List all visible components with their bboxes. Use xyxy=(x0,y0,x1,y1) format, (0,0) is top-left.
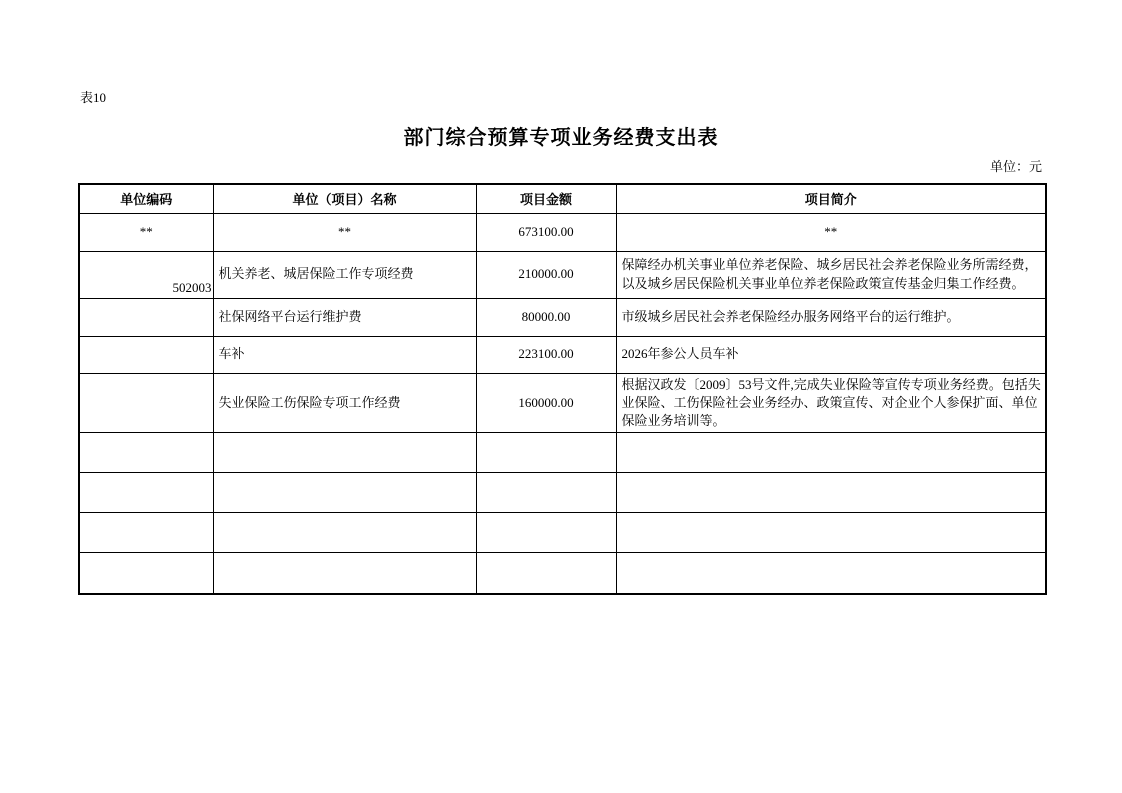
cell-unit-code: ** xyxy=(79,213,213,251)
cell-amount: 223100.00 xyxy=(476,336,616,373)
cell-project-name xyxy=(213,473,476,513)
cell-amount: 80000.00 xyxy=(476,298,616,336)
table-row: 车补 223100.00 2026年参公人员车补 xyxy=(79,336,1046,373)
cell-unit-code xyxy=(79,513,213,553)
table-row xyxy=(79,553,1046,594)
cell-project-name: 机关养老、城居保险工作专项经费 xyxy=(213,251,476,298)
cell-amount xyxy=(476,433,616,473)
cell-project-name xyxy=(213,433,476,473)
table-number-label: 表10 xyxy=(80,87,106,106)
header-row: 单位编码 单位（项目）名称 项目金额 项目简介 xyxy=(79,184,1046,213)
col-header-project-name: 单位（项目）名称 xyxy=(213,184,476,213)
table-row: 社保网络平台运行维护费 80000.00 市级城乡居民社会养老保险经办服务网络平… xyxy=(79,298,1046,336)
cell-unit-code xyxy=(79,336,213,373)
cell-amount: 673100.00 xyxy=(476,213,616,251)
cell-unit-code xyxy=(79,553,213,594)
table-row: 502003 机关养老、城居保险工作专项经费 210000.00 保障经办机关事… xyxy=(79,251,1046,298)
cell-project-name xyxy=(213,513,476,553)
cell-description xyxy=(616,433,1046,473)
cell-description: 市级城乡居民社会养老保险经办服务网络平台的运行维护。 xyxy=(616,298,1046,336)
col-header-description: 项目简介 xyxy=(616,184,1046,213)
cell-project-name: 失业保险工伤保险专项工作经费 xyxy=(213,373,476,433)
cell-project-name: 车补 xyxy=(213,336,476,373)
cell-unit-code xyxy=(79,473,213,513)
cell-amount xyxy=(476,513,616,553)
table-row xyxy=(79,473,1046,513)
table-row xyxy=(79,433,1046,473)
cell-description xyxy=(616,553,1046,594)
table-row: ** ** 673100.00 ** xyxy=(79,213,1046,251)
cell-description: 保障经办机关事业单位养老保险、城乡居民社会养老保险业务所需经费，以及城乡居民保险… xyxy=(616,251,1046,298)
cell-unit-code xyxy=(79,298,213,336)
cell-amount: 210000.00 xyxy=(476,251,616,298)
cell-unit-code xyxy=(79,433,213,473)
table-row: 失业保险工伤保险专项工作经费 160000.00 根据汉政发〔2009〕53号文… xyxy=(79,373,1046,433)
page-title: 部门综合预算专项业务经费支出表 xyxy=(0,121,1122,150)
cell-amount xyxy=(476,553,616,594)
unit-note: 单位：元 xyxy=(990,156,1042,175)
cell-amount xyxy=(476,473,616,513)
cell-unit-code: 502003 xyxy=(79,251,213,298)
cell-unit-code xyxy=(79,373,213,433)
table-row xyxy=(79,513,1046,553)
col-header-unit-code: 单位编码 xyxy=(79,184,213,213)
budget-table: 单位编码 单位（项目）名称 项目金额 项目简介 ** ** 673100.00 … xyxy=(78,183,1047,595)
cell-project-name: 社保网络平台运行维护费 xyxy=(213,298,476,336)
cell-description: 根据汉政发〔2009〕53号文件,完成失业保险等宣传专项业务经费。包括失业保险、… xyxy=(616,373,1046,433)
cell-description xyxy=(616,513,1046,553)
col-header-amount: 项目金额 xyxy=(476,184,616,213)
cell-description: 2026年参公人员车补 xyxy=(616,336,1046,373)
cell-description: ** xyxy=(616,213,1046,251)
cell-description xyxy=(616,473,1046,513)
cell-project-name xyxy=(213,553,476,594)
cell-amount: 160000.00 xyxy=(476,373,616,433)
cell-project-name: ** xyxy=(213,213,476,251)
